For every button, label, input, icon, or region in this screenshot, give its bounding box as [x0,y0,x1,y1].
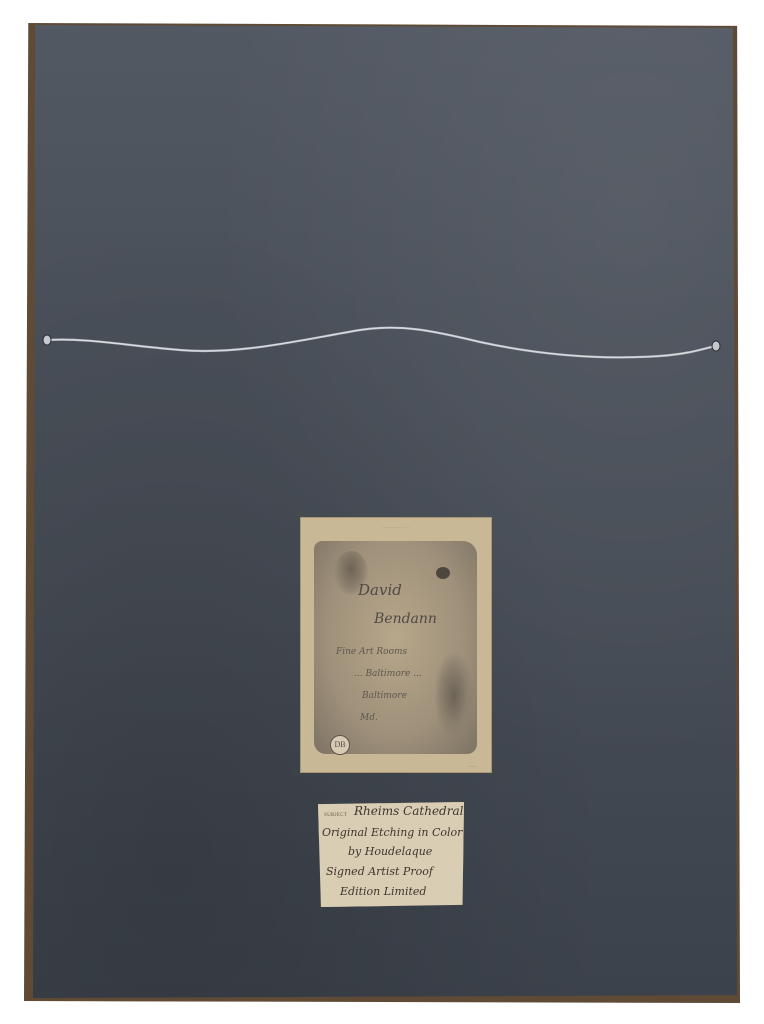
note-line-3: Signed Artist Proof [326,865,433,878]
monogram-seal-icon: DB [330,735,350,755]
gallery-line-2: ... Baltimore ... [354,669,422,679]
subject-prefix: SUBJECT [324,813,347,818]
label-bottom-text: ........ [469,763,477,768]
gallery-line-1: Fine Art Rooms [336,647,407,657]
label-illustration: David Bendann Fine Art Rooms ... Baltimo… [314,541,477,754]
vine-decoration [434,651,474,741]
note-line-2: by Houdelaque [348,845,432,858]
gallery-name-first: David [358,581,402,599]
note-line-4: Edition Limited [340,885,426,898]
subject-title: Rheims Cathedral [354,804,463,818]
note-line-1: Original Etching in Color [322,826,462,839]
gallery-name-last: Bendann [374,611,437,627]
gallery-line-3: Baltimore [362,691,407,701]
gallery-line-4: Md. [360,713,378,723]
handwritten-label: SUBJECT Rheims Cathedral Original Etchin… [318,802,464,907]
emblem-icon [436,567,450,579]
label-top-text: ...... ...... .... [301,524,491,529]
gallery-label: ...... ...... .... David Bendann Fine Ar… [301,518,491,772]
